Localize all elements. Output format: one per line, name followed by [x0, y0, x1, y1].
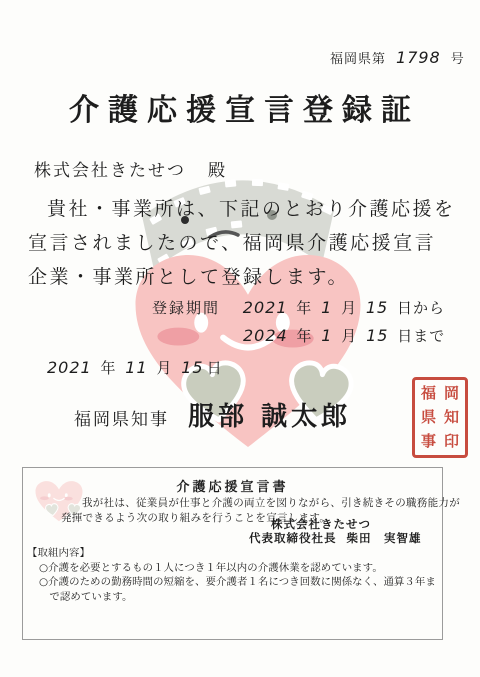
- governor-signature: 福岡県知事 服部 誠太郎: [74, 396, 351, 433]
- issue-date-year-unit: 年: [101, 359, 117, 377]
- document-number-prefix: 福岡県第: [330, 48, 386, 67]
- body-line: 貴社・事業所は、下記のとおり介護応援を: [28, 192, 460, 226]
- reg-to-month-unit: 月: [341, 327, 357, 345]
- reg-from-year: 2021: [240, 298, 291, 317]
- certificate-title: 介護応援宣言登録証: [0, 85, 480, 129]
- document-number: 福岡県第 1798 号: [330, 48, 465, 67]
- body-line: 宣言されましたので、福岡県介護応援宣言: [28, 226, 460, 260]
- registration-period-label: 登録期間: [152, 299, 220, 317]
- document-number-value: 1798: [396, 48, 441, 67]
- seal-char: 知: [444, 410, 459, 425]
- issue-date-day: 15: [178, 358, 206, 377]
- addressee-name: 株式会社きたせつ: [34, 161, 186, 181]
- initiative-item: ○介護のための勤務時間の短縮を、要介護者１名につき回数に関係なく、通算３年まで認…: [39, 575, 439, 604]
- initiatives-header: 【取組内容】: [27, 546, 439, 561]
- declaration-box: 介護応援宣言書 我が社は、従業員が仕事と介護の両立を図りながら、引き続きその職務…: [22, 467, 443, 640]
- body-line: 企業・事業所として登録します。: [28, 260, 460, 294]
- seal-char: 岡: [444, 386, 459, 401]
- reg-from-year-unit: 年: [296, 299, 312, 317]
- reg-to-day-unit: 日まで: [397, 327, 445, 345]
- reg-from-month-unit: 月: [341, 299, 357, 317]
- seal-char: 印: [444, 434, 459, 449]
- registration-period-from: 登録期間 2021 年 1 月 15 日から: [152, 294, 445, 322]
- representative-title: 代表取締役社長: [249, 531, 337, 545]
- representative-name: 柴田 実智雄: [347, 531, 422, 545]
- issue-date-year: 2021: [44, 358, 95, 377]
- registration-period: 登録期間 2021 年 1 月 15 日から 2024 年 1 月 15 日まで: [152, 294, 445, 350]
- governor-title: 福岡県知事: [74, 410, 169, 430]
- initiatives-section: 【取組内容】 ○介護を必要とするもの１人につき１年以内の介護休業を認めています。…: [27, 546, 439, 604]
- document-number-suffix: 号: [451, 48, 465, 67]
- governor-name: 服部 誠太郎: [188, 402, 351, 432]
- declaration-title: 介護応援宣言書: [23, 476, 442, 495]
- seal-char: 事: [421, 434, 436, 449]
- company-name: 株式会社きたせつ: [249, 518, 422, 532]
- declaration-body-line: 我が社は、従業員が仕事と介護の両立を図りながら、引き続きその職務能力が: [61, 496, 461, 511]
- reg-from-month: 1: [318, 298, 335, 317]
- issue-date: 2021 年 11 月 15日: [44, 357, 223, 378]
- issue-date-month: 11: [122, 358, 150, 377]
- seal-char: 福: [421, 386, 436, 401]
- initiative-item: ○介護を必要とするもの１人につき１年以内の介護休業を認めています。: [39, 561, 439, 576]
- issue-date-day-unit: 日: [207, 359, 223, 377]
- addressee-honorific: 殿: [208, 161, 227, 181]
- reg-to-day: 15: [363, 326, 391, 345]
- registration-period-to: 2024 年 1 月 15 日まで: [152, 322, 445, 350]
- initiatives-list: ○介護を必要とするもの１人につき１年以内の介護休業を認めています。 ○介護のため…: [27, 561, 439, 605]
- seal-char: 県: [421, 410, 436, 425]
- addressee-line: 株式会社きたせつ殿: [34, 156, 227, 181]
- company-signature: 株式会社きたせつ 代表取締役社長柴田 実智雄: [249, 518, 422, 545]
- representative-line: 代表取締役社長柴田 実智雄: [249, 532, 422, 546]
- reg-to-year: 2024: [240, 326, 291, 345]
- reg-from-day: 15: [363, 298, 391, 317]
- reg-to-year-unit: 年: [297, 327, 313, 345]
- reg-to-month: 1: [318, 326, 335, 345]
- issue-date-month-unit: 月: [156, 359, 172, 377]
- certificate-page: 福岡県第 1798 号 介護応援宣言登録証 株式会社きたせつ殿 貴社・事業所は、…: [0, 0, 480, 677]
- reg-from-day-unit: 日から: [397, 299, 445, 317]
- governor-seal-stamp: 福 岡 県 知 事 印: [412, 377, 468, 458]
- certificate-body: 貴社・事業所は、下記のとおり介護応援を 宣言されましたので、福岡県介護応援宣言 …: [28, 192, 460, 294]
